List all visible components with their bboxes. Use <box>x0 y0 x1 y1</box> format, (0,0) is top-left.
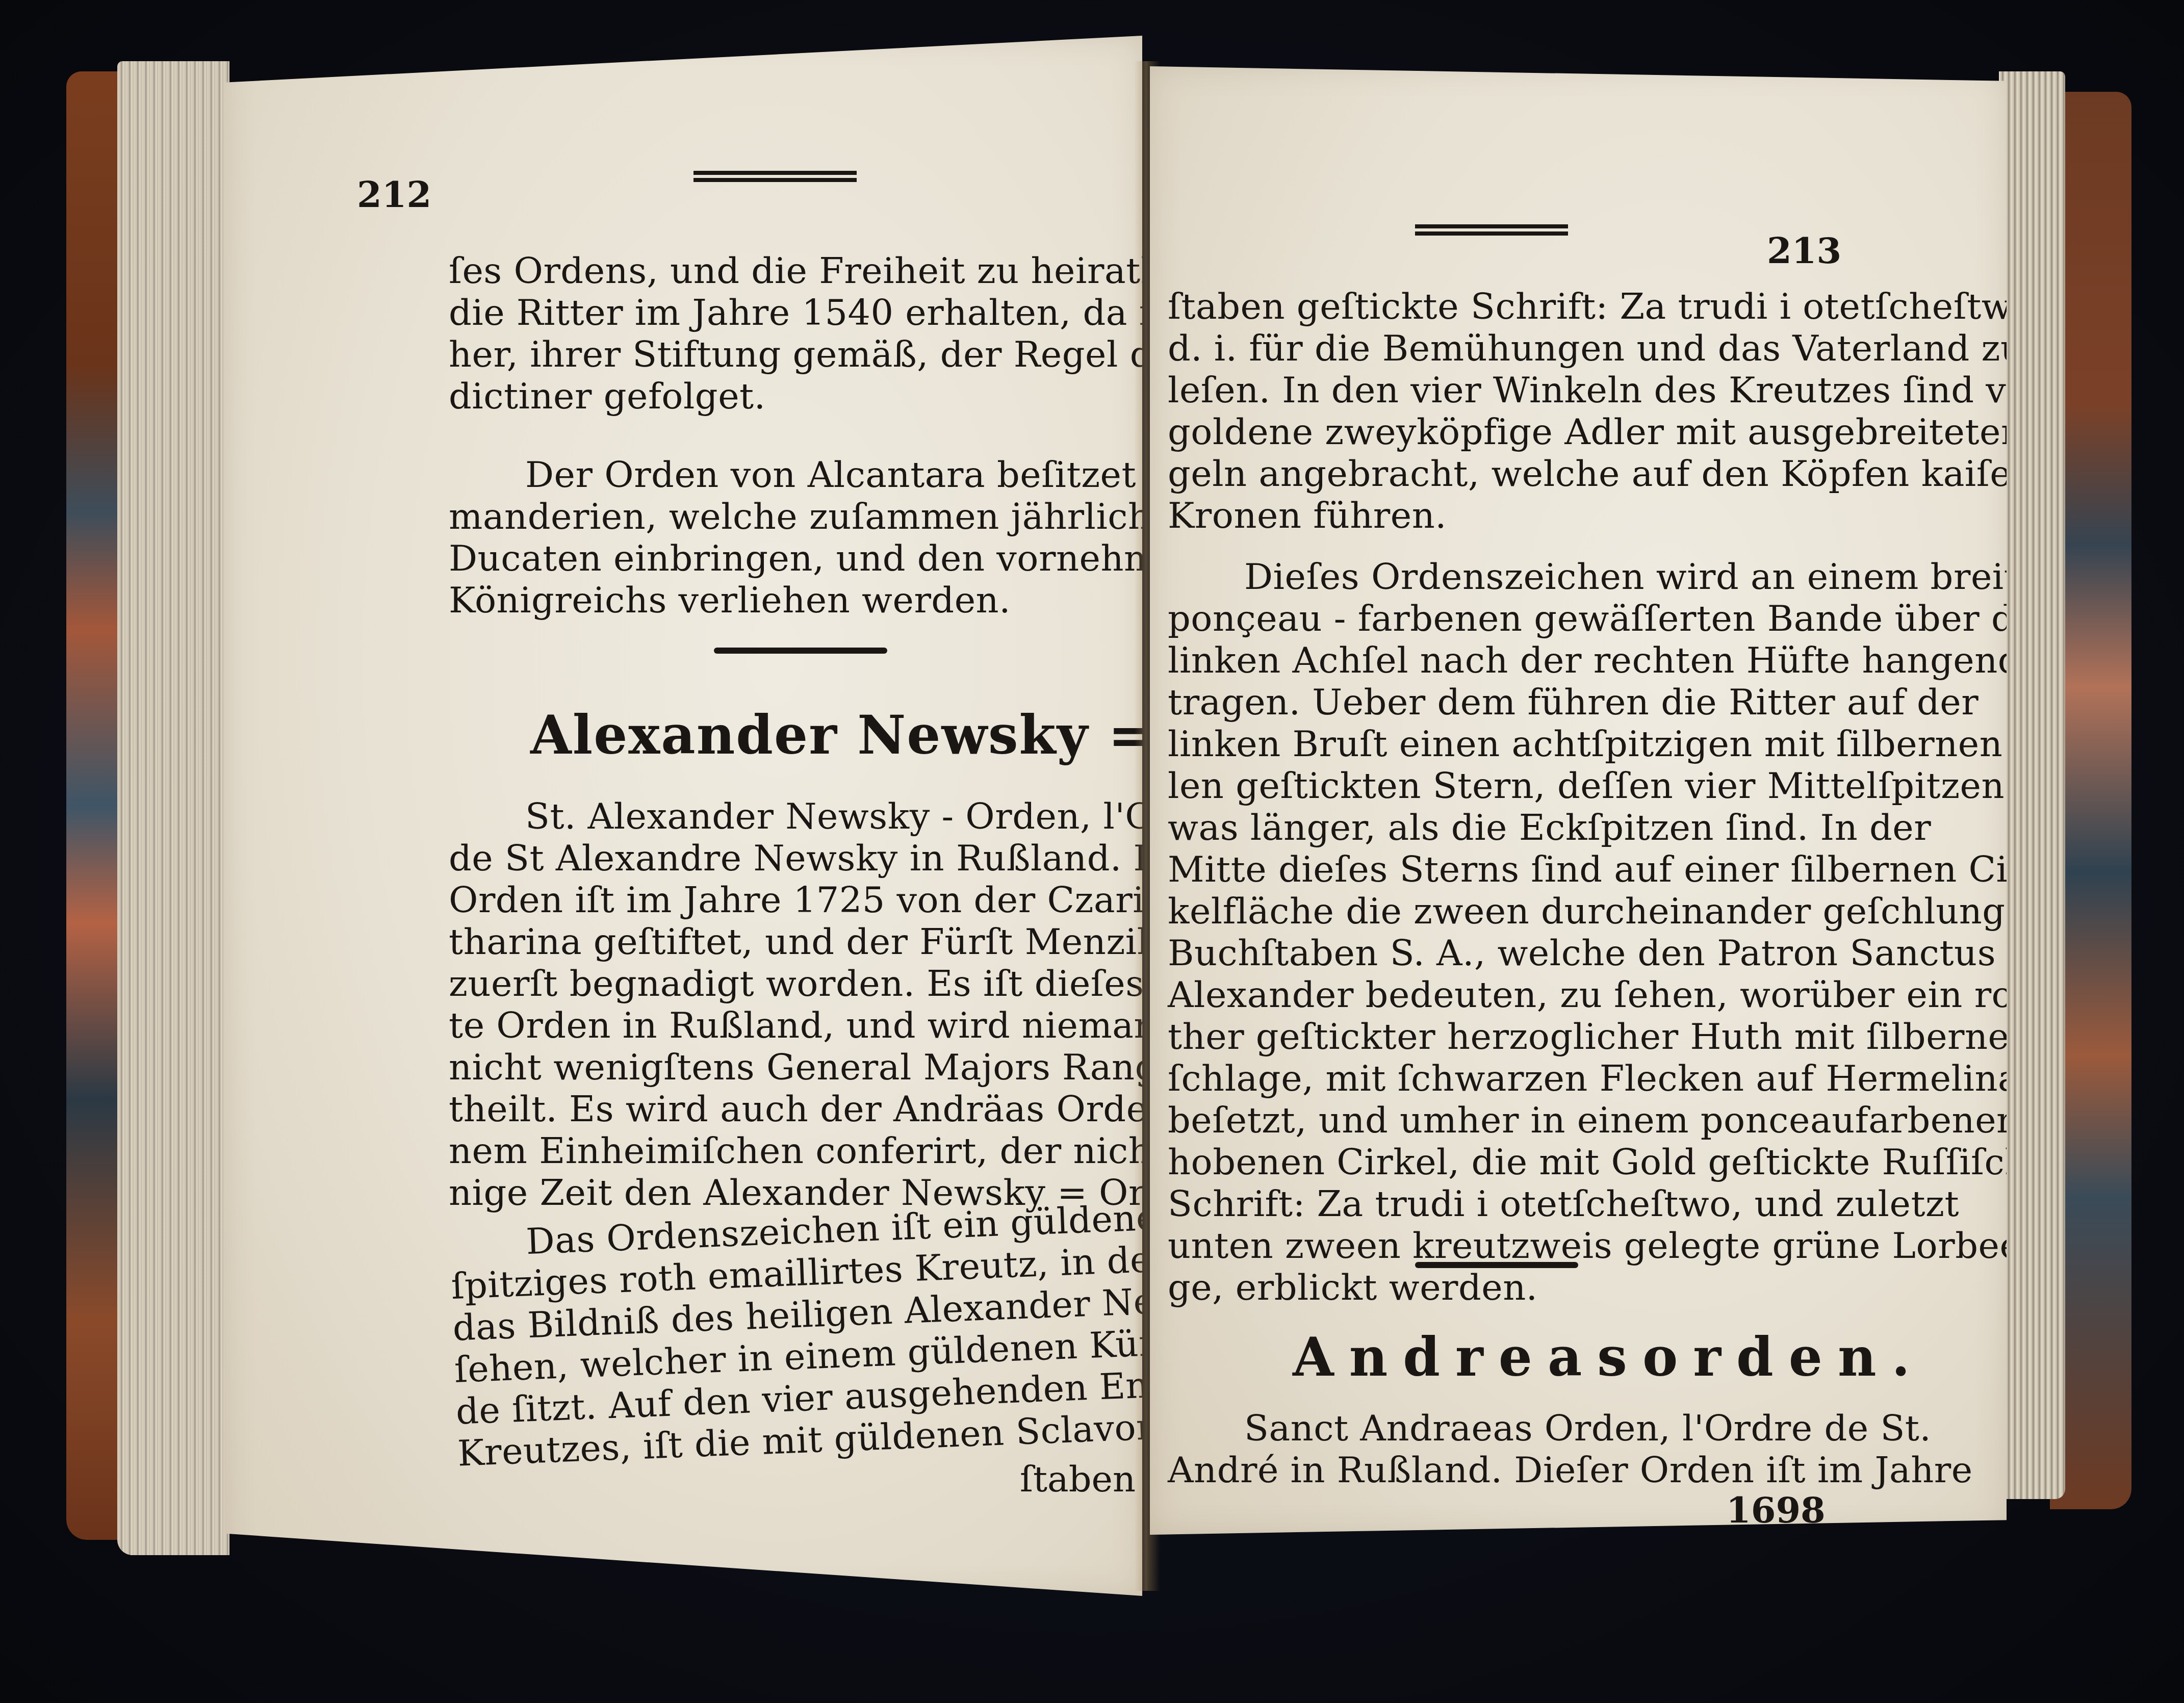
right-paragraph-2: Dieſes Ordenszeichen wird an einem breit… <box>1168 556 1815 1308</box>
text-line: te Orden in Rußland, und wird niemanden,… <box>449 1004 1091 1046</box>
text-line: linken Achſel nach der rechten Hüfte han… <box>1168 639 1815 681</box>
text-line: Mitte dieſes Sterns ſind auf einer ſilbe… <box>1168 848 1815 890</box>
text-line: beſetzt, und umher in einem ponceaufarbe… <box>1168 1099 1815 1141</box>
text-line: ponçeau - farbenen gewäſſerten Bande übe… <box>1168 598 1815 639</box>
text-line: goldene zweyköpfige Adler mit ausgebreit… <box>1168 411 1815 453</box>
text-line: Der Orden von Alcantara beſitzet 44 Com- <box>449 454 1091 496</box>
left-paragraph-3: St. Alexander Newsky - Orden, l'Ordre de… <box>449 795 1091 1214</box>
section-divider-rule <box>714 648 887 654</box>
text-line: linken Bruſt einen achtſpitzigen mit ſil… <box>1168 723 1815 765</box>
text-line: Königreichs verliehen werden. <box>449 579 1091 621</box>
text-line: ſes Ordens, und die Freiheit zu heirathe… <box>449 250 1091 292</box>
text-line: ſtaben geſtickte Schrift: Za trudi i ote… <box>1168 286 1815 327</box>
left-paragraph-2: Der Orden von Alcantara beſitzet 44 Com-… <box>449 454 1091 621</box>
section-heading-andreasorden: Andreasorden. <box>1293 1326 1925 1388</box>
right-paragraph-1: ſtaben geſtickte Schrift: Za trudi i ote… <box>1168 286 1815 536</box>
right-page: 213 ſtaben geſtickte Schrift: Za trudi i… <box>1150 66 2007 1535</box>
text-line: d. i. für die Bemühungen und das Vaterla… <box>1168 327 1815 369</box>
text-line: nem Einheimiſchen conferirt, der nicht z… <box>449 1130 1091 1172</box>
text-line: hobenen Cirkel, die mit Gold geſtickte R… <box>1168 1141 1815 1183</box>
text-line: ther geſtickter herzoglicher Huth mit ſi… <box>1168 1016 1815 1057</box>
text-line: ge, erblickt werden. <box>1168 1267 1815 1308</box>
text-line: ſchlage, mit ſchwarzen Flecken auf Herme… <box>1168 1057 1815 1099</box>
catchword-left: ſtaben <box>1020 1458 1136 1500</box>
left-paragraph-4: Das Ordenszeichen iſt ein güldenes acht=… <box>449 1199 1100 1475</box>
text-line: André in Rußland. Dieſer Orden iſt im Ja… <box>1168 1449 1815 1491</box>
text-line: kelfläche die zween durcheinander geſchl… <box>1168 890 1815 932</box>
page-number-left: 212 <box>357 173 431 216</box>
text-line: nicht wenigſtens General Majors Rang hat… <box>449 1046 1091 1088</box>
text-line: tharina geſtiftet, und der Fürſt Menziko… <box>449 921 1091 963</box>
left-paragraph-1: ſes Ordens, und die Freiheit zu heirathe… <box>449 250 1091 417</box>
text-line: manderien, welche zuſammen jährlich 2481… <box>449 496 1091 537</box>
text-line: Buchſtaben S. A., welche den Patron Sanc… <box>1168 932 1815 974</box>
text-line: her, ihrer Stiftung gemäß, der Regel der… <box>449 333 1091 375</box>
text-line: Orden iſt im Jahre 1725 von der Czarin C… <box>449 879 1091 921</box>
page-number-right: 213 <box>1767 229 1841 272</box>
header-ornament-rule <box>1415 224 1568 236</box>
right-paragraph-3: Sanct Andraeas Orden, l'Ordre de St. And… <box>1168 1407 1815 1491</box>
text-line: Schrift: Za trudi i otetſcheſtwo, und zu… <box>1168 1183 1815 1225</box>
text-line: die Ritter im Jahre 1540 erhalten, da ſi… <box>449 292 1091 333</box>
text-line: St. Alexander Newsky - Orden, l'Ordre <box>449 795 1091 837</box>
section-divider-rule <box>1415 1262 1578 1268</box>
text-line: theilt. Es wird auch der Andräas Orden k… <box>449 1088 1091 1130</box>
text-line: dictiner gefolget. <box>449 375 1091 417</box>
text-line: Alexander bedeuten, zu ſehen, worüber ei… <box>1168 974 1815 1016</box>
text-line: geln angebracht, welche auf den Köpfen k… <box>1168 453 1815 495</box>
text-line: de St Alexandre Newsky in Rußland. Dieſe… <box>449 837 1091 879</box>
left-page-block-edge <box>117 61 229 1555</box>
text-line: Ducaten einbringen, und den vornehmſten … <box>449 537 1091 579</box>
text-line: leſen. In den vier Winkeln des Kreutzes … <box>1168 369 1815 411</box>
header-ornament-rule <box>693 171 857 182</box>
text-line: len geſtickten Stern, deſſen vier Mittel… <box>1168 765 1815 807</box>
text-line: was länger, als die Eckſpitzen ſind. In … <box>1168 807 1815 848</box>
right-page-block-edge <box>1999 71 2065 1499</box>
text-line: Kronen führen. <box>1168 495 1815 536</box>
text-line: tragen. Ueber dem führen die Ritter auf … <box>1168 681 1815 723</box>
text-line: zuerſt begnadigt worden. Es iſt dieſes d… <box>449 963 1091 1004</box>
text-line: Dieſes Ordenszeichen wird an einem breit… <box>1168 556 1815 598</box>
left-page: 212 ſes Ordens, und die Freiheit zu heir… <box>224 36 1142 1596</box>
text-line: unten zween kreutzweis gelegte grüne Lor… <box>1168 1225 1815 1267</box>
text-line: Sanct Andraeas Orden, l'Ordre de St. <box>1168 1407 1815 1449</box>
